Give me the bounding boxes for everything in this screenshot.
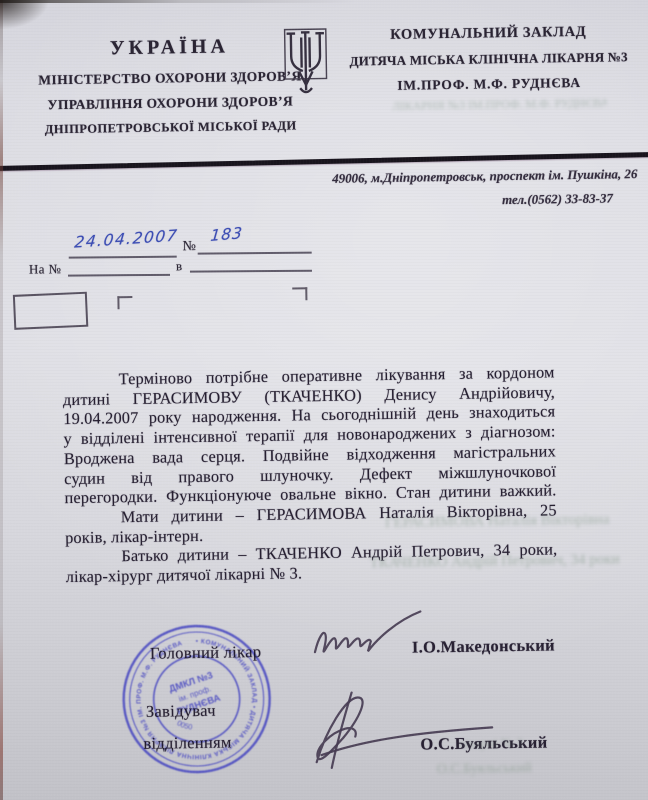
outgoing-number-label: № [182, 239, 196, 255]
hospital-name-line: ДИТЯЧА МІСЬКА КЛІНІЧНА ЛІКАРНЯ №3 [338, 49, 640, 70]
reply-in-label: в [176, 258, 182, 274]
round-stamp: • КОМУНАЛЬНИЙ ЗАКЛАД • ДИТЯЧА МІСЬКА КЛІ… [116, 619, 276, 779]
hospital-honorific-line: ІМ.ПРОФ. М.Ф. РУДНЄВА [338, 74, 640, 95]
chief-doctor-signature [310, 608, 425, 668]
chief-doctor-name: І.О.Македонський [412, 635, 555, 657]
date-handwritten: 24.04.2007 [74, 226, 179, 251]
phone-line: тел.(0562) 33-83-37 [248, 190, 638, 212]
ministry-line: МІНІСТЕРСТВО ОХОРОНИ ЗДОРОВ’Я [24, 68, 316, 89]
outgoing-number-handwritten: 183 [210, 224, 244, 245]
date-underline [69, 256, 177, 259]
header-left-block: УКРАЇНА МІНІСТЕРСТВО ОХОРОНИ ЗДОРОВ’Я УП… [23, 34, 317, 138]
reply-to-label: На № [29, 261, 62, 278]
department-head-name: О.С.Буяльський [420, 733, 547, 755]
org-type-line: КОМУНАЛЬНИЙ ЗАКЛАД [337, 23, 639, 45]
city-council-line: ДНІПРОПЕТРОВСЬКОЇ МІСЬКОЇ РАДИ [25, 118, 317, 138]
country-title: УКРАЇНА [23, 34, 315, 62]
contact-block: 49006, м.Дніпропетровськ, проспект ім. П… [247, 166, 638, 212]
ukraine-trident-icon [279, 27, 332, 98]
reply-underline-2 [190, 270, 312, 272]
number-underline [198, 252, 312, 255]
department-head-signature [286, 685, 505, 776]
health-department-line: УПРАВЛІННЯ ОХОРОНИ ЗДОРОВ’Я [24, 93, 316, 114]
ghost-bleed-text: ЛІКАРНЯ №3 ІМ.ПРОФ. М.Ф. РУДНЄВА [392, 96, 606, 114]
address-stamp-box [13, 292, 88, 330]
crop-mark-right [292, 287, 307, 300]
reply-underline-1 [68, 274, 170, 276]
crop-mark-left [117, 296, 132, 309]
body-text: Терміново потрібне оперативне лікування … [63, 362, 558, 586]
address-line: 49006, м.Дніпропетровськ, проспект ім. П… [247, 166, 637, 188]
paper-content: УКРАЇНА МІНІСТЕРСТВО ОХОРОНИ ЗДОРОВ’Я УП… [0, 0, 648, 800]
header-right-block: КОМУНАЛЬНИЙ ЗАКЛАД ДИТЯЧА МІСЬКА КЛІНІЧН… [337, 23, 640, 95]
scanned-letter-page: УКРАЇНА МІНІСТЕРСТВО ОХОРОНИ ЗДОРОВ’Я УП… [0, 0, 648, 800]
